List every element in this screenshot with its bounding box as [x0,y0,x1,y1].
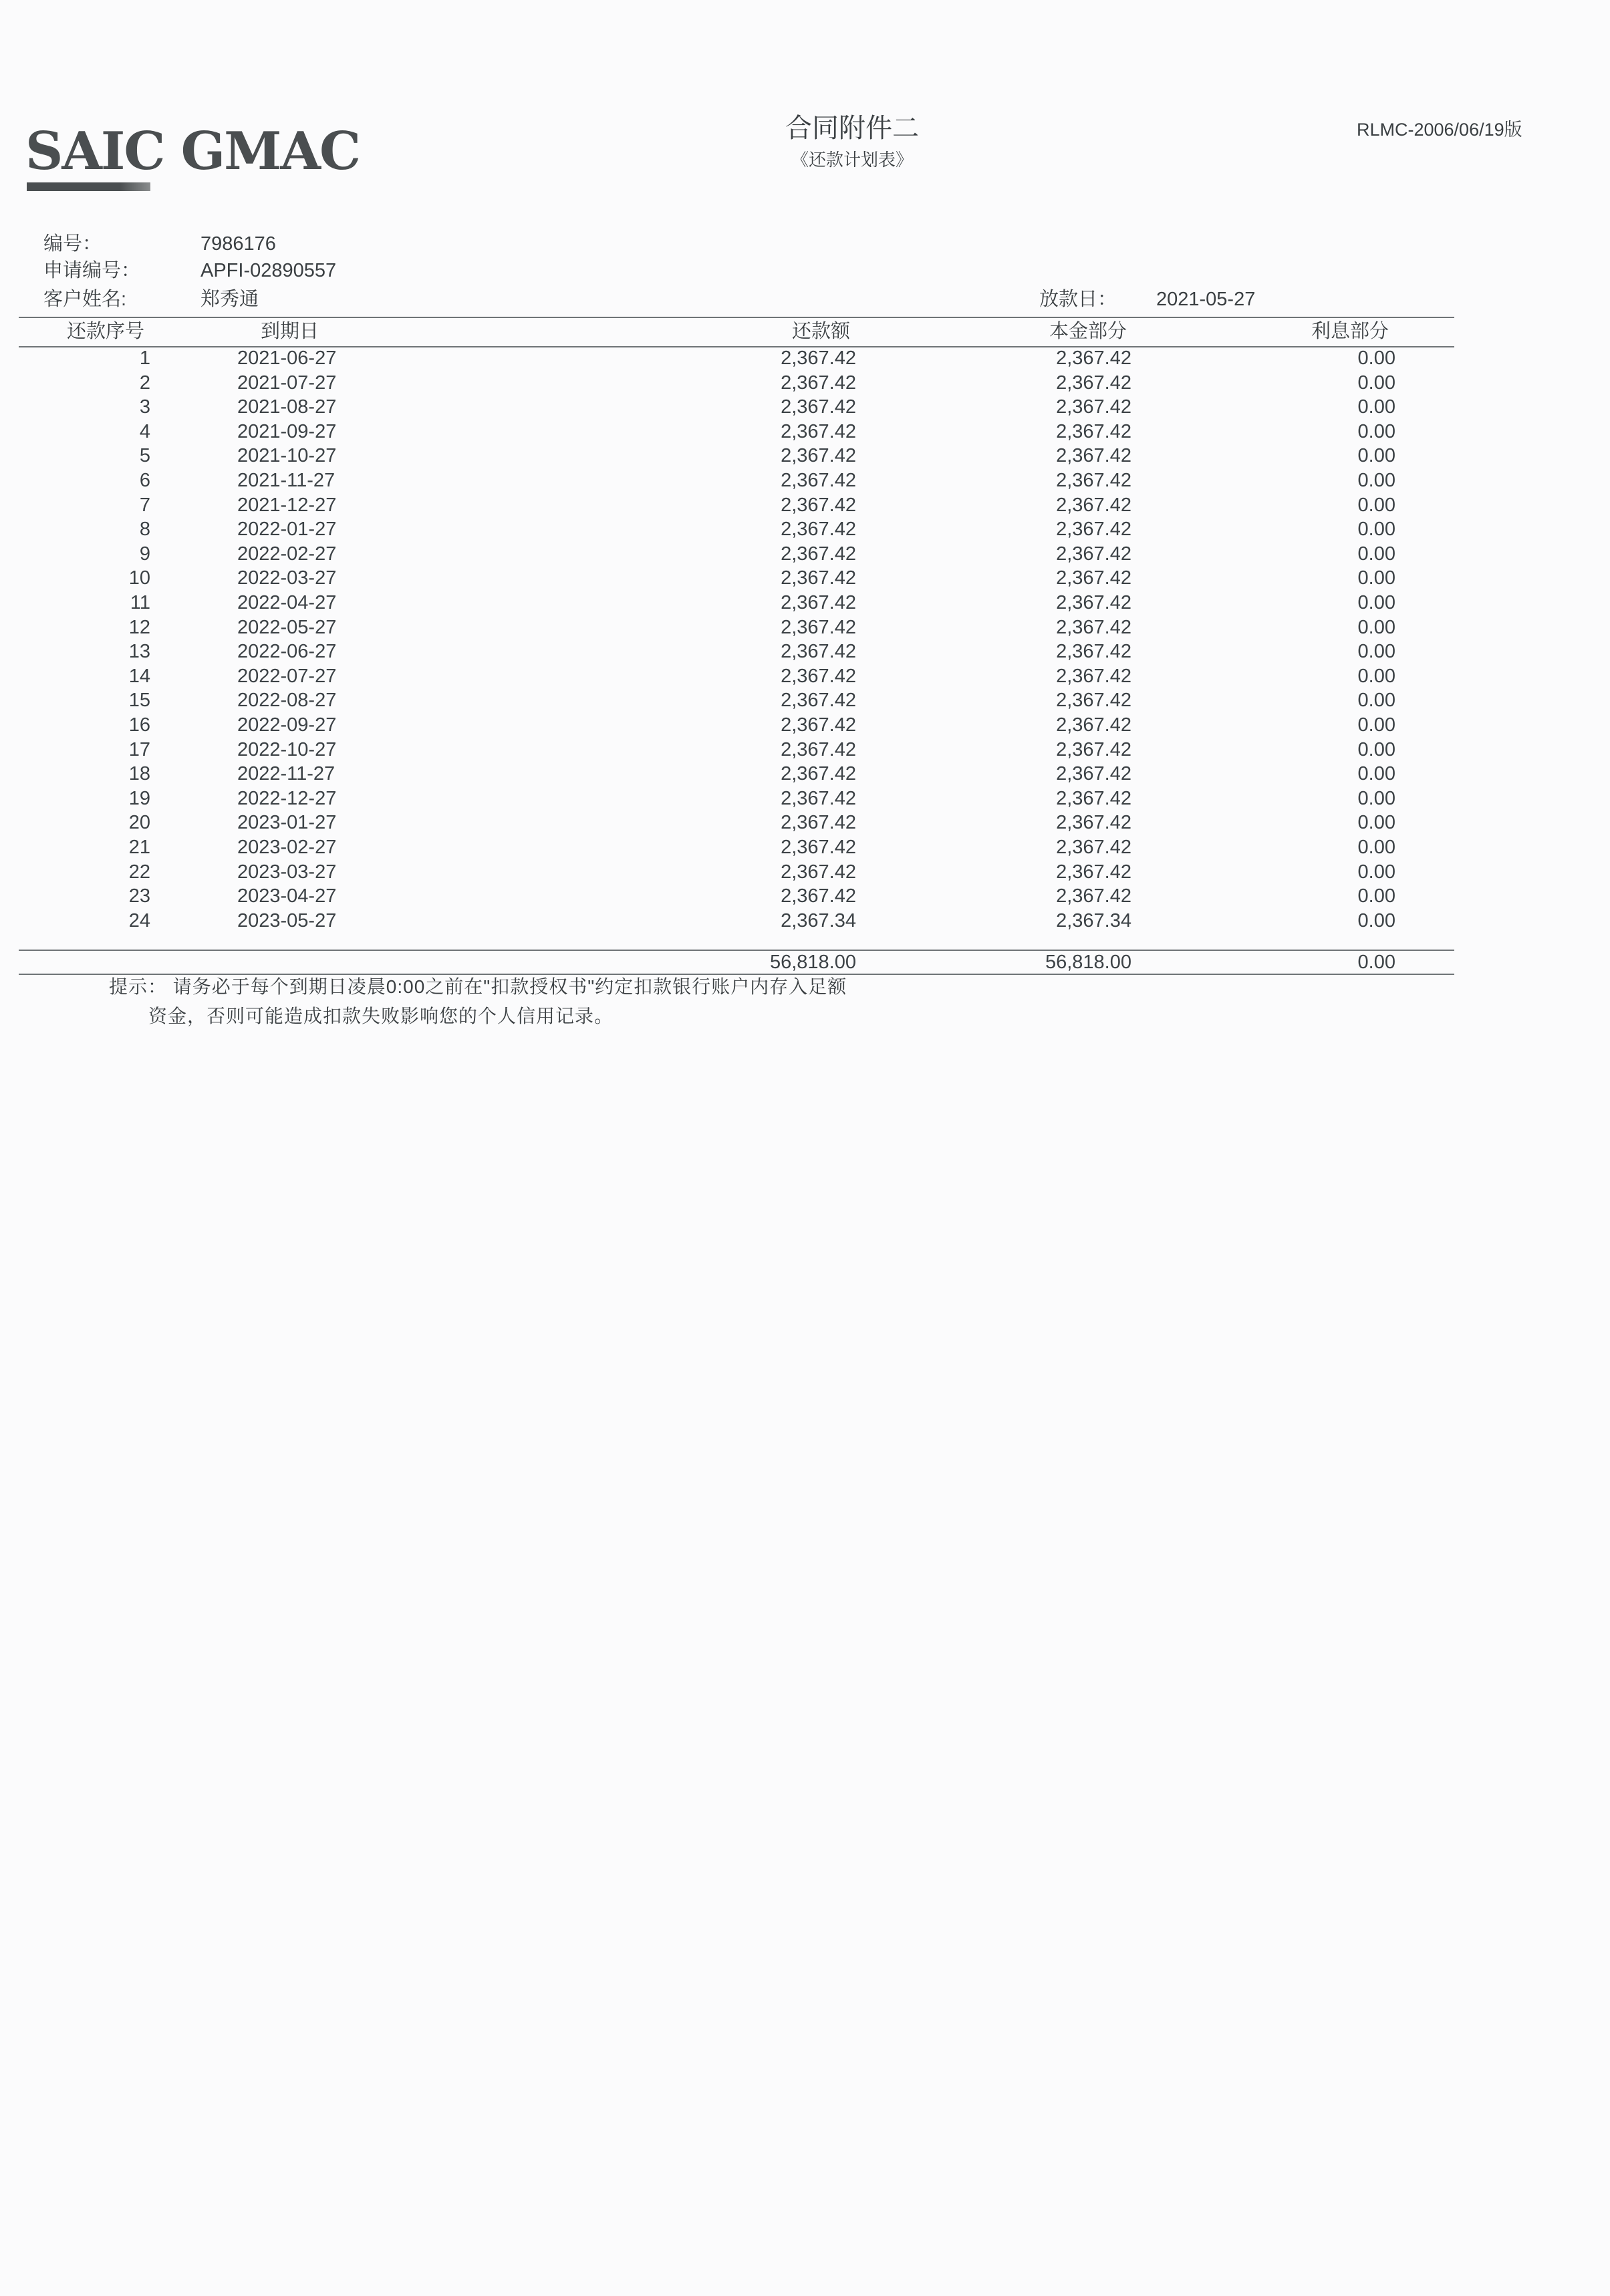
contract-no-value: 7986176 [200,235,276,254]
application-no-value: APFI-02890557 [200,261,336,281]
cell-interest: 0.00 [1262,520,1395,539]
company-logo: SAIC GMAC [25,126,360,178]
cell-principal: 2,367.42 [998,764,1131,784]
cell-payment: 2,367.42 [722,398,856,417]
table-row: 102022-03-272,367.422,367.420.00 [0,569,1610,593]
table-row: 12021-06-272,367.422,367.420.00 [0,349,1610,373]
cell-principal: 2,367.42 [998,740,1131,760]
table-row: 112022-04-272,367.422,367.420.00 [0,593,1610,617]
cell-interest: 0.00 [1262,471,1395,490]
cell-seq: 8 [84,520,150,539]
table-row: 32021-08-272,367.422,367.420.00 [0,398,1610,422]
cell-payment: 2,367.42 [722,349,856,368]
cell-principal: 2,367.42 [998,691,1131,710]
cell-seq: 10 [84,569,150,588]
cell-payment: 2,367.42 [722,789,856,809]
cell-principal: 2,367.42 [998,789,1131,809]
cell-payment: 2,367.42 [722,838,856,857]
cell-interest: 0.00 [1262,374,1395,393]
cell-payment: 2,367.42 [722,740,856,760]
cell-seq: 20 [84,813,150,833]
cell-due-date: 2023-04-27 [237,887,384,906]
cell-interest: 0.00 [1262,838,1395,857]
cell-payment: 2,367.42 [722,887,856,906]
table-row: 242023-05-272,367.342,367.340.00 [0,911,1610,936]
cell-seq: 24 [84,911,150,931]
cell-principal: 2,367.42 [998,593,1131,613]
cell-due-date: 2021-08-27 [237,398,384,417]
total-interest: 0.00 [1262,953,1395,972]
payment-reminder-line-2: 资金，否则可能造成扣款失败影响您的个人信用记录。 [148,1007,614,1026]
cell-interest: 0.00 [1262,422,1395,442]
cell-seq: 17 [84,740,150,760]
cell-interest: 0.00 [1262,496,1395,515]
cell-due-date: 2021-10-27 [237,446,384,466]
table-row: 22021-07-272,367.422,367.420.00 [0,374,1610,398]
cell-interest: 0.00 [1262,667,1395,686]
total-principal: 56,818.00 [998,953,1131,972]
cell-payment: 2,367.42 [722,520,856,539]
cell-payment: 2,367.42 [722,422,856,442]
cell-due-date: 2023-02-27 [237,838,384,857]
table-row: 202023-01-272,367.422,367.420.00 [0,813,1610,837]
cell-seq: 5 [84,446,150,466]
cell-interest: 0.00 [1262,911,1395,931]
cell-principal: 2,367.42 [998,887,1131,906]
cell-due-date: 2022-10-27 [237,740,384,760]
table-bottom-rule [19,974,1454,975]
disbursement-date-label: 放款日： [1039,290,1117,309]
cell-principal: 2,367.42 [998,642,1131,662]
table-row: 42021-09-272,367.422,367.420.00 [0,422,1610,446]
cell-seq: 18 [84,764,150,784]
cell-seq: 19 [84,789,150,809]
cell-payment: 2,367.42 [722,863,856,882]
cell-seq: 14 [84,667,150,686]
payment-reminder-line-1: 提示： 请务必于每个到期日凌晨0:00之前在"扣款授权书"约定扣款银行账户内存入… [109,978,847,996]
cell-interest: 0.00 [1262,349,1395,368]
total-payment: 56,818.00 [722,953,856,972]
cell-principal: 2,367.42 [998,446,1131,466]
table-row: 72021-12-272,367.422,367.420.00 [0,496,1610,520]
table-row: 232023-04-272,367.422,367.420.00 [0,887,1610,911]
document-subtitle: 《还款计划表》 [769,151,936,168]
cell-interest: 0.00 [1262,691,1395,710]
cell-principal: 2,367.42 [998,496,1131,515]
cell-due-date: 2023-01-27 [237,813,384,833]
cell-due-date: 2021-11-27 [237,471,384,490]
cell-seq: 9 [84,545,150,564]
cell-payment: 2,367.42 [722,667,856,686]
table-row: 82022-01-272,367.422,367.420.00 [0,520,1610,544]
cell-interest: 0.00 [1262,545,1395,564]
column-header-principal: 本金部分 [1049,322,1127,341]
cell-due-date: 2022-02-27 [237,545,384,564]
cell-principal: 2,367.42 [998,667,1131,686]
cell-payment: 2,367.42 [722,496,856,515]
cell-interest: 0.00 [1262,593,1395,613]
table-header-rule [19,346,1454,347]
cell-interest: 0.00 [1262,789,1395,809]
cell-seq: 16 [84,716,150,735]
cell-seq: 12 [84,618,150,637]
cell-due-date: 2022-05-27 [237,618,384,637]
cell-interest: 0.00 [1262,618,1395,637]
cell-payment: 2,367.42 [722,593,856,613]
version-label: RLMC-2006/06/19版 [1357,121,1522,139]
cell-principal: 2,367.42 [998,422,1131,442]
cell-principal: 2,367.42 [998,520,1131,539]
cell-due-date: 2021-12-27 [237,496,384,515]
cell-payment: 2,367.42 [722,691,856,710]
table-row: 142022-07-272,367.422,367.420.00 [0,667,1610,691]
table-row: 212023-02-272,367.422,367.420.00 [0,838,1610,862]
column-header-interest: 利息部分 [1311,322,1389,341]
cell-interest: 0.00 [1262,569,1395,588]
cell-seq: 11 [84,593,150,613]
cell-payment: 2,367.42 [722,642,856,662]
cell-interest: 0.00 [1262,813,1395,833]
cell-due-date: 2021-09-27 [237,422,384,442]
cell-interest: 0.00 [1262,887,1395,906]
table-row: 182022-11-272,367.422,367.420.00 [0,764,1610,788]
cell-seq: 1 [84,349,150,368]
table-row: 52021-10-272,367.422,367.420.00 [0,446,1610,470]
cell-principal: 2,367.42 [998,471,1131,490]
logo-underline [27,182,150,191]
cell-seq: 6 [84,471,150,490]
table-totals-rule [19,950,1454,951]
column-header-payment: 还款额 [792,322,850,341]
cell-interest: 0.00 [1262,764,1395,784]
cell-interest: 0.00 [1262,740,1395,760]
cell-principal: 2,367.42 [998,569,1131,588]
application-no-label: 申请编号： [43,261,140,281]
cell-due-date: 2022-09-27 [237,716,384,735]
cell-principal: 2,367.42 [998,838,1131,857]
column-header-due-date: 到期日 [261,322,319,341]
cell-due-date: 2021-07-27 [237,374,384,393]
cell-interest: 0.00 [1262,863,1395,882]
cell-principal: 2,367.42 [998,349,1131,368]
table-row: 162022-09-272,367.422,367.420.00 [0,716,1610,740]
contract-no-label: 编号： [43,235,102,254]
cell-seq: 15 [84,691,150,710]
cell-payment: 2,367.34 [722,911,856,931]
cell-due-date: 2021-06-27 [237,349,384,368]
cell-payment: 2,367.42 [722,545,856,564]
cell-due-date: 2022-07-27 [237,667,384,686]
cell-payment: 2,367.42 [722,374,856,393]
cell-interest: 0.00 [1262,446,1395,466]
table-row: 172022-10-272,367.422,367.420.00 [0,740,1610,764]
table-row: 122022-05-272,367.422,367.420.00 [0,618,1610,642]
cell-principal: 2,367.42 [998,813,1131,833]
cell-seq: 23 [84,887,150,906]
cell-interest: 0.00 [1262,398,1395,417]
cell-principal: 2,367.42 [998,618,1131,637]
cell-payment: 2,367.42 [722,471,856,490]
cell-payment: 2,367.42 [722,813,856,833]
cell-seq: 13 [84,642,150,662]
document-title: 合同附件二 [769,115,936,142]
cell-principal: 2,367.42 [998,863,1131,882]
cell-payment: 2,367.42 [722,446,856,466]
table-row: 62021-11-272,367.422,367.420.00 [0,471,1610,495]
cell-principal: 2,367.42 [998,398,1131,417]
cell-due-date: 2022-06-27 [237,642,384,662]
cell-due-date: 2022-08-27 [237,691,384,710]
cell-payment: 2,367.42 [722,618,856,637]
cell-principal: 2,367.42 [998,374,1131,393]
cell-seq: 21 [84,838,150,857]
table-row: 152022-08-272,367.422,367.420.00 [0,691,1610,715]
cell-payment: 2,367.42 [722,569,856,588]
customer-name-value: 郑秀通 [200,290,259,309]
cell-principal: 2,367.42 [998,716,1131,735]
table-row: 192022-12-272,367.422,367.420.00 [0,789,1610,813]
cell-due-date: 2022-04-27 [237,593,384,613]
cell-interest: 0.00 [1262,642,1395,662]
cell-payment: 2,367.42 [722,716,856,735]
cell-seq: 4 [84,422,150,442]
column-header-seq: 还款序号 [67,322,144,341]
cell-principal: 2,367.34 [998,911,1131,931]
cell-seq: 2 [84,374,150,393]
cell-interest: 0.00 [1262,716,1395,735]
cell-payment: 2,367.42 [722,764,856,784]
disbursement-date-value: 2021-05-27 [1156,290,1255,309]
cell-due-date: 2023-03-27 [237,863,384,882]
table-row: 92022-02-272,367.422,367.420.00 [0,545,1610,569]
customer-name-label: 客户姓名: [43,290,126,309]
cell-due-date: 2022-01-27 [237,520,384,539]
cell-seq: 7 [84,496,150,515]
cell-principal: 2,367.42 [998,545,1131,564]
cell-due-date: 2022-11-27 [237,764,384,784]
table-row: 222023-03-272,367.422,367.420.00 [0,863,1610,887]
table-top-rule [19,317,1454,318]
cell-seq: 3 [84,398,150,417]
table-row: 132022-06-272,367.422,367.420.00 [0,642,1610,666]
cell-seq: 22 [84,863,150,882]
cell-due-date: 2023-05-27 [237,911,384,931]
cell-due-date: 2022-03-27 [237,569,384,588]
cell-due-date: 2022-12-27 [237,789,384,809]
